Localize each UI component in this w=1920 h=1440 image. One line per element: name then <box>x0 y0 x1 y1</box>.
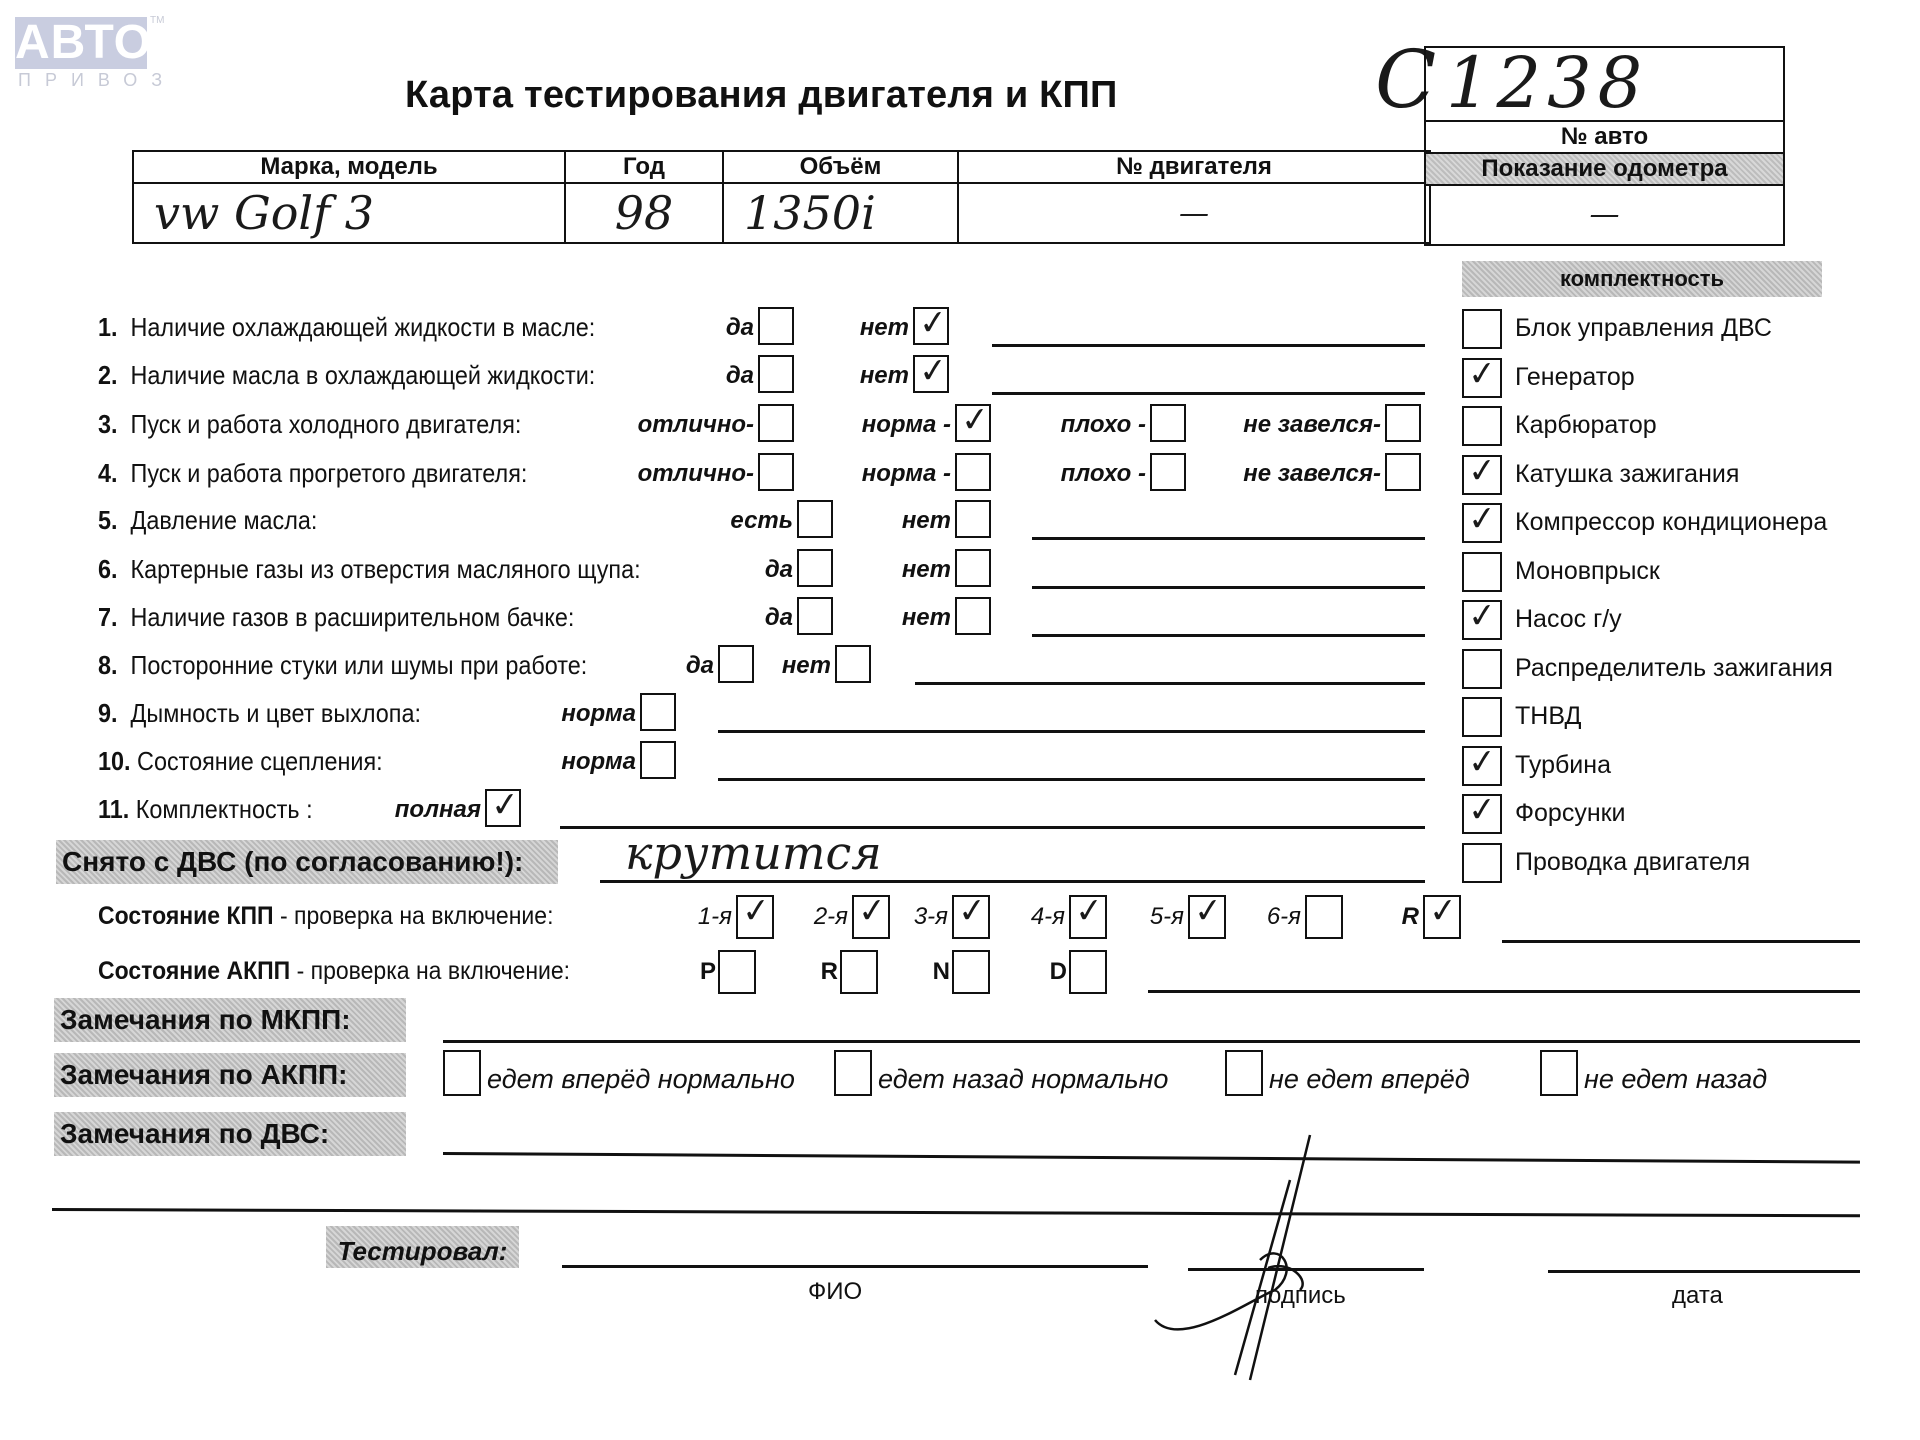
question-9-notes-line[interactable] <box>718 730 1425 733</box>
auto-info-box: 1238 № авто Показание одометра — <box>1424 46 1785 246</box>
question-8-checkbox-2[interactable] <box>835 645 871 683</box>
question-text: Состояние сцепления: <box>131 746 383 776</box>
question-2-checkbox-1[interactable] <box>758 355 794 393</box>
date-caption: дата <box>1672 1282 1723 1310</box>
question-7-notes-line[interactable] <box>1032 634 1425 637</box>
question-1-checkbox-1[interactable] <box>758 307 794 345</box>
question-number: 2. <box>98 360 118 390</box>
komplektnost-checkbox-11[interactable] <box>1462 794 1502 834</box>
question-2-notes-line[interactable] <box>992 392 1425 395</box>
question-2-label: 2. Наличие масла в охлаждающей жидкости: <box>98 360 595 391</box>
question-1-option-label: нет <box>860 314 909 342</box>
question-4-checkbox-4[interactable] <box>1385 453 1421 491</box>
komplektnost-item-label: Моновпрыск <box>1515 557 1660 586</box>
question-number: 11. <box>98 794 129 824</box>
akpp-gear-checkbox-R[interactable] <box>840 950 878 994</box>
col-header-volume: Объём <box>723 151 958 183</box>
question-5-option-label: есть <box>730 507 793 535</box>
kpp-gear-label: 5-я <box>1150 903 1184 931</box>
odometer-label: Показание одометра <box>1426 154 1783 186</box>
komplektnost-item-label: Компрессор кондиционера <box>1515 508 1827 537</box>
make-model-field[interactable]: vw Golf 3 <box>133 183 565 243</box>
question-4-label: 4. Пуск и работа прогретого двигателя: <box>98 458 527 489</box>
question-2-option-label: да <box>726 362 754 390</box>
akpp-remark-checkbox-2[interactable] <box>834 1050 872 1096</box>
question-3-option-label: норма - <box>862 411 951 439</box>
akpp-remarks-label: Замечания по АКПП: <box>54 1053 406 1097</box>
question-7-checkbox-1[interactable] <box>797 597 833 635</box>
komplektnost-checkbox-2[interactable] <box>1462 358 1502 398</box>
komplektnost-checkbox-12[interactable] <box>1462 843 1502 883</box>
question-7-option-label: да <box>765 604 793 632</box>
fio-line[interactable] <box>562 1265 1148 1268</box>
question-text: Пуск и работа прогретого двигателя: <box>118 458 528 488</box>
question-6-option-label: нет <box>902 556 951 584</box>
komplektnost-item-label: ТНВД <box>1515 702 1581 731</box>
komplektnost-item-label: Карбюратор <box>1515 411 1657 440</box>
question-5-checkbox-2[interactable] <box>955 500 991 538</box>
question-text: Дымность и цвет выхлопа: <box>118 698 421 728</box>
kpp-gear-checkbox-6-я[interactable] <box>1305 895 1343 939</box>
question-6-notes-line[interactable] <box>1032 586 1425 589</box>
question-number: 7. <box>98 602 118 632</box>
question-3-option-label: отлично- <box>638 411 754 439</box>
question-3-checkbox-4[interactable] <box>1385 404 1421 442</box>
question-10-option-label: норма <box>561 748 636 776</box>
komplektnost-item-label: Блок управления ДВС <box>1515 314 1772 343</box>
komplektnost-checkbox-1[interactable] <box>1462 309 1502 349</box>
question-2-option-label: нет <box>860 362 909 390</box>
removed-label: Снято с ДВС (по согласованию!): <box>56 840 558 884</box>
kpp-gear-label: 6-я <box>1267 903 1301 931</box>
question-text: Посторонние стуки или шумы при работе: <box>118 650 588 680</box>
question-number: 8. <box>98 650 118 680</box>
question-text: Пуск и работа холодного двигателя: <box>118 409 522 439</box>
akpp-gear-label: R <box>821 958 838 986</box>
question-1-option-label: да <box>726 314 754 342</box>
question-text: Давление масла: <box>118 505 318 535</box>
vehicle-info-table: Марка, модель Год Объём № двигателя vw G… <box>132 150 1431 244</box>
question-5-option-label: нет <box>902 507 951 535</box>
question-11-label: 11. Комплектность : <box>98 794 313 825</box>
question-1-label: 1. Наличие охлаждающей жидкости в масле: <box>98 312 595 343</box>
kpp-gear-checkbox-2-я[interactable] <box>852 895 890 939</box>
question-number: 3. <box>98 409 118 439</box>
question-8-checkbox-1[interactable] <box>718 645 754 683</box>
question-text: Картерные газы из отверстия масляного щу… <box>118 554 641 584</box>
question-3-checkbox-2[interactable] <box>955 404 991 442</box>
question-11-option-label: полная <box>395 796 481 824</box>
question-10-checkbox-1[interactable] <box>640 741 676 779</box>
kpp-gear-checkbox-4-я[interactable] <box>1069 895 1107 939</box>
mkpp-remarks-label: Замечания по МКПП: <box>54 998 406 1042</box>
volume-field[interactable]: 1350i <box>723 183 958 243</box>
question-7-option-label: нет <box>902 604 951 632</box>
col-header-make-model: Марка, модель <box>133 151 565 183</box>
question-8-label: 8. Посторонние стуки или шумы при работе… <box>98 650 587 681</box>
engine-number-field[interactable]: — <box>958 183 1430 243</box>
question-9-option-label: норма <box>561 700 636 728</box>
logo-trademark: TM <box>150 15 164 26</box>
kpp-underline <box>1502 940 1860 943</box>
question-number: 4. <box>98 458 118 488</box>
question-number: 1. <box>98 312 118 342</box>
removed-value[interactable]: крутится <box>625 826 882 880</box>
kpp-gear-checkbox-5-я[interactable] <box>1188 895 1226 939</box>
akpp-gear-checkbox-P[interactable] <box>718 950 756 994</box>
question-4-option-label: не завелся- <box>1243 460 1381 488</box>
akpp-label: Состояние АКПП - проверка на включение: <box>98 957 570 986</box>
question-4-option-label: норма - <box>862 460 951 488</box>
komplektnost-item-label: Проводка двигателя <box>1515 848 1750 877</box>
question-6-option-label: да <box>765 556 793 584</box>
kpp-gear-label: 3-я <box>914 903 948 931</box>
dvs-remarks-label: Замечания по ДВС: <box>54 1112 406 1156</box>
akpp-gear-checkbox-D[interactable] <box>1069 950 1107 994</box>
komplektnost-checkbox-4[interactable] <box>1462 455 1502 495</box>
tested-by-label: Тестировал: <box>326 1226 519 1268</box>
fio-caption: ФИО <box>808 1278 862 1306</box>
col-header-engine-number: № двигателя <box>958 151 1430 183</box>
question-3-checkbox-3[interactable] <box>1150 404 1186 442</box>
question-2-checkbox-2[interactable] <box>913 355 949 393</box>
kpp-gear-label: 4-я <box>1031 903 1065 931</box>
komplektnost-checkbox-8[interactable] <box>1462 649 1502 689</box>
question-7-checkbox-2[interactable] <box>955 597 991 635</box>
komplektnost-item-label: Насос г/у <box>1515 605 1622 634</box>
year-field[interactable]: 98 <box>565 183 723 243</box>
akpp-remark-checkbox-1[interactable] <box>443 1050 481 1096</box>
question-4-checkbox-3[interactable] <box>1150 453 1186 491</box>
question-3-option-label: не завелся- <box>1243 411 1381 439</box>
dvs-remarks-line-2[interactable] <box>52 1208 1860 1217</box>
question-5-notes-line[interactable] <box>1032 537 1425 540</box>
col-header-year: Год <box>565 151 723 183</box>
avtoprivoz-logo: АВТО <box>15 17 147 69</box>
question-6-label: 6. Картерные газы из отверстия масляного… <box>98 554 641 585</box>
akpp-remark-label: не едет вперёд <box>1269 1064 1470 1095</box>
mkpp-remarks-line[interactable] <box>443 1040 1860 1043</box>
question-10-label: 10. Состояние сцепления: <box>98 746 383 777</box>
akpp-gear-label: N <box>933 958 950 986</box>
question-6-checkbox-1[interactable] <box>797 549 833 587</box>
komplektnost-checkbox-9[interactable] <box>1462 697 1502 737</box>
komplektnost-item-label: Форсунки <box>1515 799 1626 828</box>
question-4-checkbox-2[interactable] <box>955 453 991 491</box>
komplektnost-item-label: Турбина <box>1515 751 1611 780</box>
kpp-gear-checkbox-3-я[interactable] <box>952 895 990 939</box>
question-3-checkbox-1[interactable] <box>758 404 794 442</box>
auto-number-field[interactable]: 1238 <box>1426 48 1783 122</box>
question-9-checkbox-1[interactable] <box>640 693 676 731</box>
question-5-label: 5. Давление масла: <box>98 505 317 536</box>
question-1-notes-line[interactable] <box>992 344 1425 347</box>
komplektnost-checkbox-3[interactable] <box>1462 406 1502 446</box>
odometer-field[interactable]: — <box>1426 186 1783 244</box>
question-number: 5. <box>98 505 118 535</box>
question-4-option-label: отлично- <box>638 460 754 488</box>
question-text: Наличие газов в расширительном бачке: <box>118 602 575 632</box>
question-1-checkbox-2[interactable] <box>913 307 949 345</box>
akpp-remark-checkbox-3[interactable] <box>1225 1050 1263 1096</box>
question-6-checkbox-2[interactable] <box>955 549 991 587</box>
page-title: Карта тестирования двигателя и КПП <box>405 74 1118 117</box>
question-8-option-label: нет <box>782 652 831 680</box>
logo-subtitle: ПРИВОЗ <box>18 70 176 91</box>
kpp-label: Состояние КПП - проверка на включение: <box>98 902 553 931</box>
question-text: Наличие масла в охлаждающей жидкости: <box>118 360 596 390</box>
question-3-label: 3. Пуск и работа холодного двигателя: <box>98 409 521 440</box>
question-4-option-label: плохо - <box>1061 460 1146 488</box>
komplektnost-item-label: Распределитель зажигания <box>1515 654 1833 683</box>
komplektnost-checkbox-7[interactable] <box>1462 600 1502 640</box>
question-10-notes-line[interactable] <box>718 778 1425 781</box>
question-number: 6. <box>98 554 118 584</box>
kpp-gear-checkbox-R[interactable] <box>1423 895 1461 939</box>
komplektnost-checkbox-5[interactable] <box>1462 503 1502 543</box>
akpp-remark-label: едет вперёд нормально <box>487 1064 795 1095</box>
komplektnost-checkbox-6[interactable] <box>1462 552 1502 592</box>
akpp-gear-label: D <box>1050 958 1067 986</box>
kpp-gear-checkbox-1-я[interactable] <box>736 895 774 939</box>
date-line[interactable] <box>1548 1270 1860 1273</box>
question-8-option-label: да <box>686 652 714 680</box>
question-7-label: 7. Наличие газов в расширительном бачке: <box>98 602 574 633</box>
question-text: Наличие охлаждающей жидкости в масле: <box>118 312 596 342</box>
removed-underline <box>600 880 1425 883</box>
signature-scribble <box>1140 1120 1340 1390</box>
question-3-option-label: плохо - <box>1061 411 1146 439</box>
akpp-remark-checkbox-4[interactable] <box>1540 1050 1578 1096</box>
komplektnost-checkbox-10[interactable] <box>1462 746 1502 786</box>
question-number: 9. <box>98 698 118 728</box>
question-8-notes-line[interactable] <box>915 682 1425 685</box>
question-number: 10. <box>98 746 131 776</box>
akpp-gear-label: P <box>700 958 716 986</box>
akpp-remark-label: не едет назад <box>1584 1064 1767 1095</box>
kpp-gear-label: 2-я <box>814 903 848 931</box>
komplektnost-item-label: Катушка зажигания <box>1515 460 1739 489</box>
kpp-gear-label: R <box>1402 903 1419 931</box>
question-text: Комплектность : <box>129 794 312 824</box>
kpp-gear-label: 1-я <box>698 903 732 931</box>
akpp-underline <box>1148 990 1860 993</box>
auto-number-label: № авто <box>1426 122 1783 154</box>
akpp-gear-checkbox-N[interactable] <box>952 950 990 994</box>
question-5-checkbox-1[interactable] <box>797 500 833 538</box>
question-11-checkbox-1[interactable] <box>485 789 521 827</box>
question-9-label: 9. Дымность и цвет выхлопа: <box>98 698 421 729</box>
komplektnost-header: комплектность <box>1462 261 1822 297</box>
komplektnost-item-label: Генератор <box>1515 363 1635 392</box>
akpp-remark-label: едет назад нормально <box>878 1064 1168 1095</box>
question-4-checkbox-1[interactable] <box>758 453 794 491</box>
